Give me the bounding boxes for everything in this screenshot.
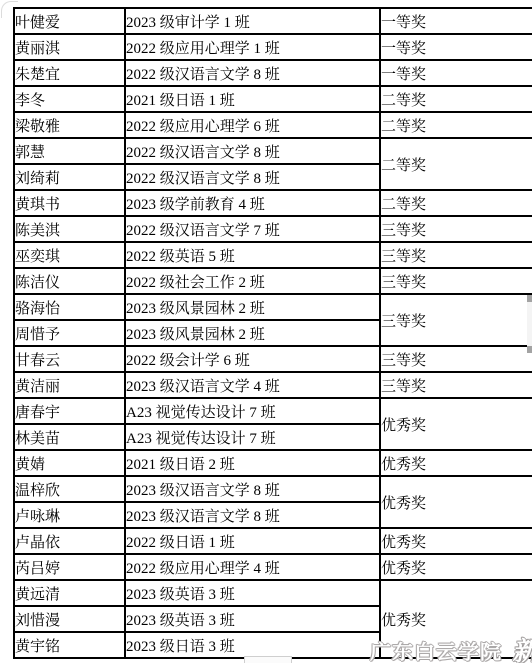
table-row: 叶健爱 2023 级审计学 1 班 一等奖 [14,8,532,34]
table-row: 郭慧 2022 级汉语言文学 8 班 二等奖 [14,138,532,164]
class-cell: 2022 级日语 1 班 [125,528,380,554]
class-cell: 2023 级英语 3 班 [125,580,380,606]
class-cell: 2022 级应用心理学 4 班 [125,554,380,580]
table-row: 黄远清 2023 级英语 3 班 优秀奖 [14,580,532,606]
award-cell-merged: 三等奖 [380,294,532,346]
table-row: 黄婧 2021 级日语 2 班 优秀奖 [14,450,532,476]
award-cell-merged: 二等奖 [380,138,532,190]
class-cell: 2022 级汉语言文学 8 班 [125,60,380,86]
table-row: 甘春云 2022 级会计学 6 班 三等奖 [14,346,532,372]
table-row: 巫奕琪 2022 级英语 5 班 三等奖 [14,242,532,268]
award-cell: 一等奖 [380,8,532,34]
class-cell: 2023 级汉语言文学 4 班 [125,372,380,398]
award-cell: 三等奖 [380,242,532,268]
class-cell: 2022 级会计学 6 班 [125,346,380,372]
award-cell: 一等奖 [380,34,532,60]
class-cell: 2023 级英语 3 班 [125,606,380,632]
table-row: 芮吕婷 2022 级应用心理学 4 班 优秀奖 [14,554,532,580]
table-row: 温梓欣 2023 级汉语言文学 8 班 优秀奖 [14,476,532,502]
student-name-cell: 卢咏琳 [14,502,125,528]
student-name-cell: 刘绮莉 [14,164,125,190]
scrollbar-tick [527,346,532,353]
class-cell: 2022 级英语 5 班 [125,242,380,268]
table-row: 陈美淇 2022 级汉语言文学 7 班 三等奖 [14,216,532,242]
student-name-cell: 黄宇铭 [14,632,125,658]
class-cell: 2022 级社会工作 2 班 [125,268,380,294]
award-cell: 优秀奖 [380,450,532,476]
table-row: 黄洁丽 2023 级汉语言文学 4 班 三等奖 [14,372,532,398]
award-cell: 三等奖 [380,268,532,294]
award-cell: 二等奖 [380,86,532,112]
student-name-cell: 叶健爱 [14,8,125,34]
student-name-cell: 陈洁仪 [14,268,125,294]
class-cell: 2023 级汉语言文学 8 班 [125,476,380,502]
class-cell: 2023 级风景园林 2 班 [125,294,380,320]
student-name-cell: 梁敬雅 [14,112,125,138]
class-cell: 2021 级日语 1 班 [125,86,380,112]
award-cell: 二等奖 [380,190,532,216]
class-cell: 2022 级应用心理学 6 班 [125,112,380,138]
student-name-cell: 黄远清 [14,580,125,606]
student-name-cell: 卢晶依 [14,528,125,554]
table-row: 陈洁仪 2022 级社会工作 2 班 三等奖 [14,268,532,294]
class-cell: 2021 级日语 2 班 [125,450,380,476]
award-cell-merged: 优秀奖 [380,580,532,658]
class-cell: 2023 级风景园林 2 班 [125,320,380,346]
table-row: 黄丽淇 2022 级应用心理学 1 班 一等奖 [14,34,532,60]
student-name-cell: 黄琪书 [14,190,125,216]
award-cell: 一等奖 [380,60,532,86]
class-cell: A23 视觉传达设计 7 班 [125,398,380,424]
student-name-cell: 林美苗 [14,424,125,450]
table-row: 卢晶依 2022 级日语 1 班 优秀奖 [14,528,532,554]
student-name-cell: 刘惜漫 [14,606,125,632]
student-name-cell: 黄丽淇 [14,34,125,60]
award-cell-merged: 优秀奖 [380,398,532,450]
class-cell: 2022 级应用心理学 1 班 [125,34,380,60]
table-row: 黄琪书 2023 级学前教育 4 班 二等奖 [14,190,532,216]
table-row: 唐春宇 A23 视觉传达设计 7 班 优秀奖 [14,398,532,424]
student-name-cell: 朱楚宜 [14,60,125,86]
student-name-cell: 黄婧 [14,450,125,476]
page: 叶健爱 2023 级审计学 1 班 一等奖 黄丽淇 2022 级应用心理学 1 … [0,0,532,663]
class-cell: 2023 级汉语言文学 8 班 [125,502,380,528]
class-cell: 2022 级汉语言文学 8 班 [125,164,380,190]
table-row: 骆海怡 2023 级风景园林 2 班 三等奖 [14,294,532,320]
class-cell: 2023 级审计学 1 班 [125,8,380,34]
class-cell: A23 视觉传达设计 7 班 [125,424,380,450]
student-name-cell: 芮吕婷 [14,554,125,580]
class-cell: 2023 级日语 3 班 [125,632,380,658]
student-name-cell: 巫奕琪 [14,242,125,268]
class-cell: 2022 级汉语言文学 8 班 [125,138,380,164]
student-name-cell: 骆海怡 [14,294,125,320]
student-name-cell: 黄洁丽 [14,372,125,398]
student-name-cell: 陈美淇 [14,216,125,242]
table-row: 朱楚宜 2022 级汉语言文学 8 班 一等奖 [14,60,532,86]
class-cell: 2023 级学前教育 4 班 [125,190,380,216]
student-name-cell: 周惜予 [14,320,125,346]
student-name-cell: 甘春云 [14,346,125,372]
vertical-scrollbar-thumb[interactable] [527,295,532,353]
award-cell: 优秀奖 [380,554,532,580]
award-cell: 三等奖 [380,346,532,372]
table-row: 李冬 2021 级日语 1 班 二等奖 [14,86,532,112]
award-cell: 二等奖 [380,112,532,138]
horizontal-scroll-handle[interactable] [244,656,292,663]
award-cell: 三等奖 [380,216,532,242]
student-name-cell: 温梓欣 [14,476,125,502]
student-name-cell: 郭慧 [14,138,125,164]
award-table: 叶健爱 2023 级审计学 1 班 一等奖 黄丽淇 2022 级应用心理学 1 … [13,7,532,659]
award-cell-merged: 优秀奖 [380,476,532,528]
scrollbar-tick [527,295,532,302]
table-row: 梁敬雅 2022 级应用心理学 6 班 二等奖 [14,112,532,138]
student-name-cell: 唐春宇 [14,398,125,424]
class-cell: 2022 级汉语言文学 7 班 [125,216,380,242]
award-cell: 优秀奖 [380,528,532,554]
award-cell: 三等奖 [380,372,532,398]
student-name-cell: 李冬 [14,86,125,112]
